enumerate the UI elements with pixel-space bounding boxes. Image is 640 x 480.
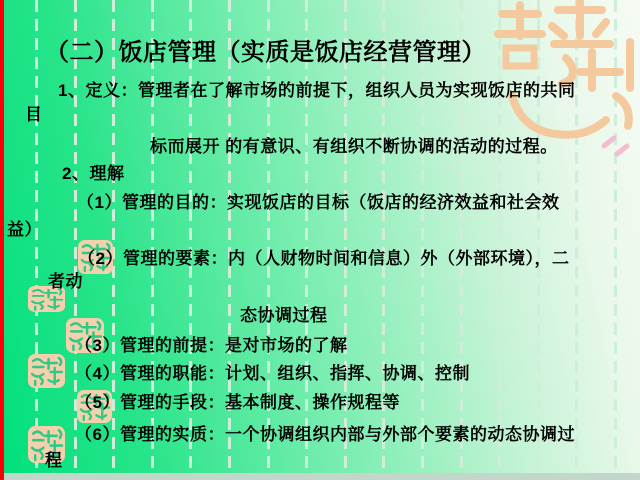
body-line-13: （6）管理的实质：一个协调组织内部与外部个要素的动态协调过 <box>75 424 575 446</box>
seal-stamp-icon <box>28 354 65 388</box>
body-line-5: （1）管理的目的：实现饭店的目标（饭店的经济效益和社会效 <box>77 192 559 214</box>
body-line-10: （3）管理的前提：是对市场的了解 <box>75 335 347 357</box>
body-line-2: 目 <box>25 104 43 126</box>
dashed-line <box>460 0 463 473</box>
dashed-line <box>421 0 424 473</box>
left-accent-bar <box>0 0 4 480</box>
body-line-8: 者动 <box>48 271 83 293</box>
body-line-11: （4）管理的职能：计划、组织、指挥、协调、控制 <box>75 363 470 385</box>
body-line-3: 标而展开 的有意识、有组织不断协调的活动的过程。 <box>150 136 558 158</box>
bottom-edge-bar <box>0 473 640 480</box>
body-line-7: （2）管理的要素：内（人财物时间和信息）外（外部环境），二 <box>78 248 569 270</box>
body-line-1: 1、定义：管理者在了解市场的前提下，组织人员为实现饭店的共同 <box>58 80 575 102</box>
body-line-9: 态协调过程 <box>240 305 328 327</box>
body-line-14: 程 <box>45 450 63 472</box>
slide-title: （二）饭店管理（实质是饭店经营管理） <box>45 38 486 68</box>
body-line-4: 2、理解 <box>62 163 124 185</box>
body-line-12: （5）管理的手段：基本制度、操作规程等 <box>75 392 400 414</box>
body-line-6: 益） <box>7 219 42 241</box>
presentation-slide: （二）饭店管理（实质是饭店经营管理） 1、定义：管理者在了解市场的前提下，组织人… <box>0 0 640 480</box>
